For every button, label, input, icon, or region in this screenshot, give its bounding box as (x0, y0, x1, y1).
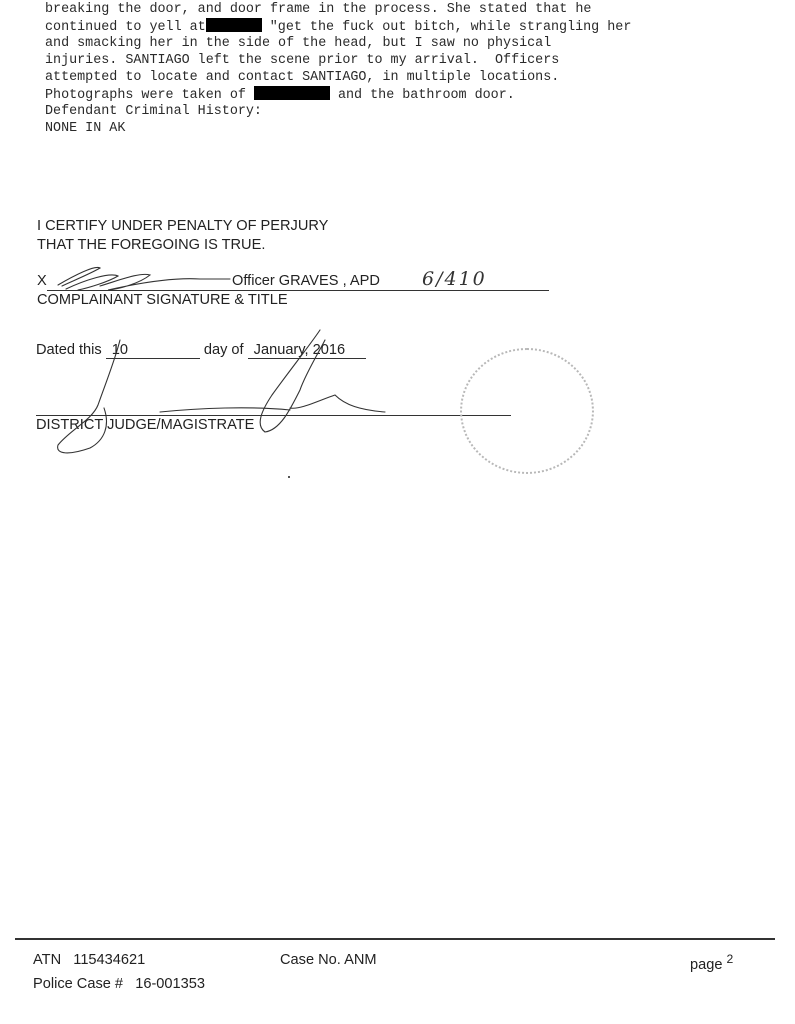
narrative-text-span: "get the fuck out bitch, while stranglin… (262, 20, 632, 35)
narrative-line-3: and smacking her in the side of the head… (45, 35, 785, 52)
narrative-text-span: breaking the door, and door frame in the… (45, 2, 591, 17)
complainant-signature-label: COMPLAINANT SIGNATURE & TITLE (37, 292, 288, 308)
redaction-bar (206, 18, 262, 32)
certification-line-1: I CERTIFY UNDER PENALTY OF PERJURY (37, 217, 328, 236)
certification-statement: I CERTIFY UNDER PENALTY OF PERJURY THAT … (37, 217, 328, 255)
narrative-line-8: NONE IN AK (45, 120, 785, 137)
narrative-text: breaking the door, and door frame in the… (45, 1, 785, 137)
dated-prefix: Dated this (36, 342, 102, 358)
footer-rule (15, 938, 775, 940)
narrative-line-5: attempted to locate and contact SANTIAGO… (45, 69, 785, 86)
dated-day: 10 (106, 342, 200, 359)
signature-x-mark: X (37, 273, 47, 289)
narrative-line-2: continued to yell at "get the fuck out b… (45, 18, 785, 35)
judge-signature-rule (36, 415, 511, 416)
dated-month-year: January, 2016 (248, 342, 366, 359)
narrative-text-span: and smacking her in the side of the head… (45, 36, 551, 51)
police-case-value: 16-001353 (135, 976, 205, 992)
badge-number: 6/410 (422, 268, 487, 290)
narrative-line-1: breaking the door, and door frame in the… (45, 1, 785, 18)
dated-middle: day of (204, 342, 244, 358)
narrative-text-span: Photographs were taken of (45, 88, 246, 103)
signature-rule (47, 290, 549, 291)
police-case-label: Police Case # (33, 976, 123, 992)
narrative-line-4: injuries. SANTIAGO left the scene prior … (45, 52, 785, 69)
narrative-line-7: Defendant Criminal History: (45, 103, 785, 120)
certification-line-2: THAT THE FOREGOING IS TRUE. (37, 236, 328, 255)
complainant-signature-line: X Officer GRAVES , APD 6/410 (37, 270, 549, 290)
handwritten-signatures (0, 0, 795, 1024)
officer-title: Officer GRAVES , APD (232, 273, 380, 289)
narrative-line-6: Photographs were taken of and the bathro… (45, 86, 785, 103)
atn-label: ATN (33, 952, 61, 968)
court-seal-stamp (460, 348, 594, 474)
narrative-text-span: and the bathroom door. (330, 88, 515, 103)
case-number: Case No. ANM (280, 952, 377, 968)
narrative-text-span: injuries. SANTIAGO left the scene prior … (45, 53, 559, 68)
narrative-text-span: Defendant Criminal History: (45, 104, 262, 119)
redaction-bar (254, 86, 330, 100)
judge-signature-label: DISTRICT JUDGE/MAGISTRATE (36, 417, 254, 433)
narrative-text-span: continued to yell at (45, 20, 206, 35)
footer-atn: ATN 115434621 (33, 952, 145, 968)
page-indicator: page 2 (690, 952, 733, 973)
narrative-text-span: attempted to locate and contact SANTIAGO… (45, 70, 559, 85)
page-number: 2 (727, 952, 734, 966)
footer-police-case: Police Case # 16-001353 (33, 976, 205, 992)
atn-value: 115434621 (73, 952, 145, 968)
page-label: page (690, 957, 722, 973)
speck (288, 476, 290, 478)
narrative-text-span: NONE IN AK (45, 121, 125, 136)
dated-line: Dated this 10 day of January, 2016 (36, 342, 366, 359)
